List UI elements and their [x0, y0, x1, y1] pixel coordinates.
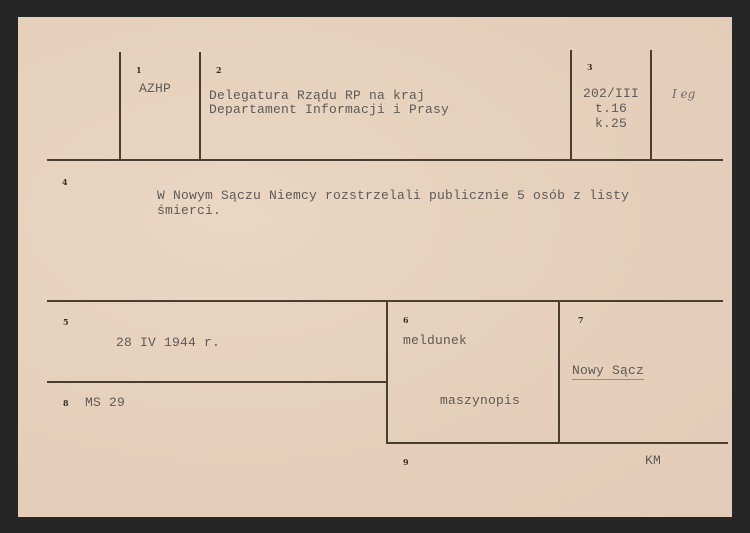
signature-line-1: 202/III	[571, 86, 651, 101]
field-number-2: 2	[216, 65, 222, 75]
field-number-9: 9	[403, 457, 409, 467]
handwritten-note: I eg	[672, 87, 695, 101]
content-line-1: W Nowym Sączu Niemcy rozstrzelali public…	[157, 188, 629, 203]
field-number-6: 6	[403, 315, 409, 325]
divider	[47, 300, 723, 302]
field-number-4: 4	[62, 177, 68, 187]
cataloguer-initials: KM	[645, 453, 661, 468]
field-number-3: 3	[587, 62, 593, 72]
catalog-card: 1 AZHP 2 Delegatura Rządu RP na kraj Dep…	[18, 17, 732, 517]
divider	[199, 52, 201, 160]
field-number-1: 1	[136, 65, 142, 75]
signature-line-2: t.16	[571, 101, 651, 116]
creator-line-1: Delegatura Rządu RP na kraj	[209, 88, 425, 103]
place-name: Nowy Sącz	[572, 363, 644, 380]
creator-line-2: Departament Informacji i Prasy	[209, 102, 449, 117]
document-type: meldunek	[403, 333, 467, 348]
archival-signature: 202/III t.16 k.25	[571, 86, 651, 131]
divider	[386, 301, 388, 443]
document-code: MS 29	[85, 395, 125, 410]
divider	[558, 301, 560, 443]
collection-code: AZHP	[139, 81, 171, 96]
divider	[47, 159, 723, 161]
field-number-7: 7	[578, 315, 584, 325]
document-date: 28 IV 1944 r.	[116, 335, 220, 350]
document-form: maszynopis	[440, 393, 520, 408]
signature-line-3: k.25	[571, 116, 651, 131]
divider	[47, 381, 387, 383]
divider	[386, 442, 728, 444]
divider	[119, 52, 121, 160]
field-number-5: 5	[63, 317, 69, 327]
field-number-8: 8	[63, 398, 69, 408]
content-line-2: śmierci.	[157, 203, 221, 218]
